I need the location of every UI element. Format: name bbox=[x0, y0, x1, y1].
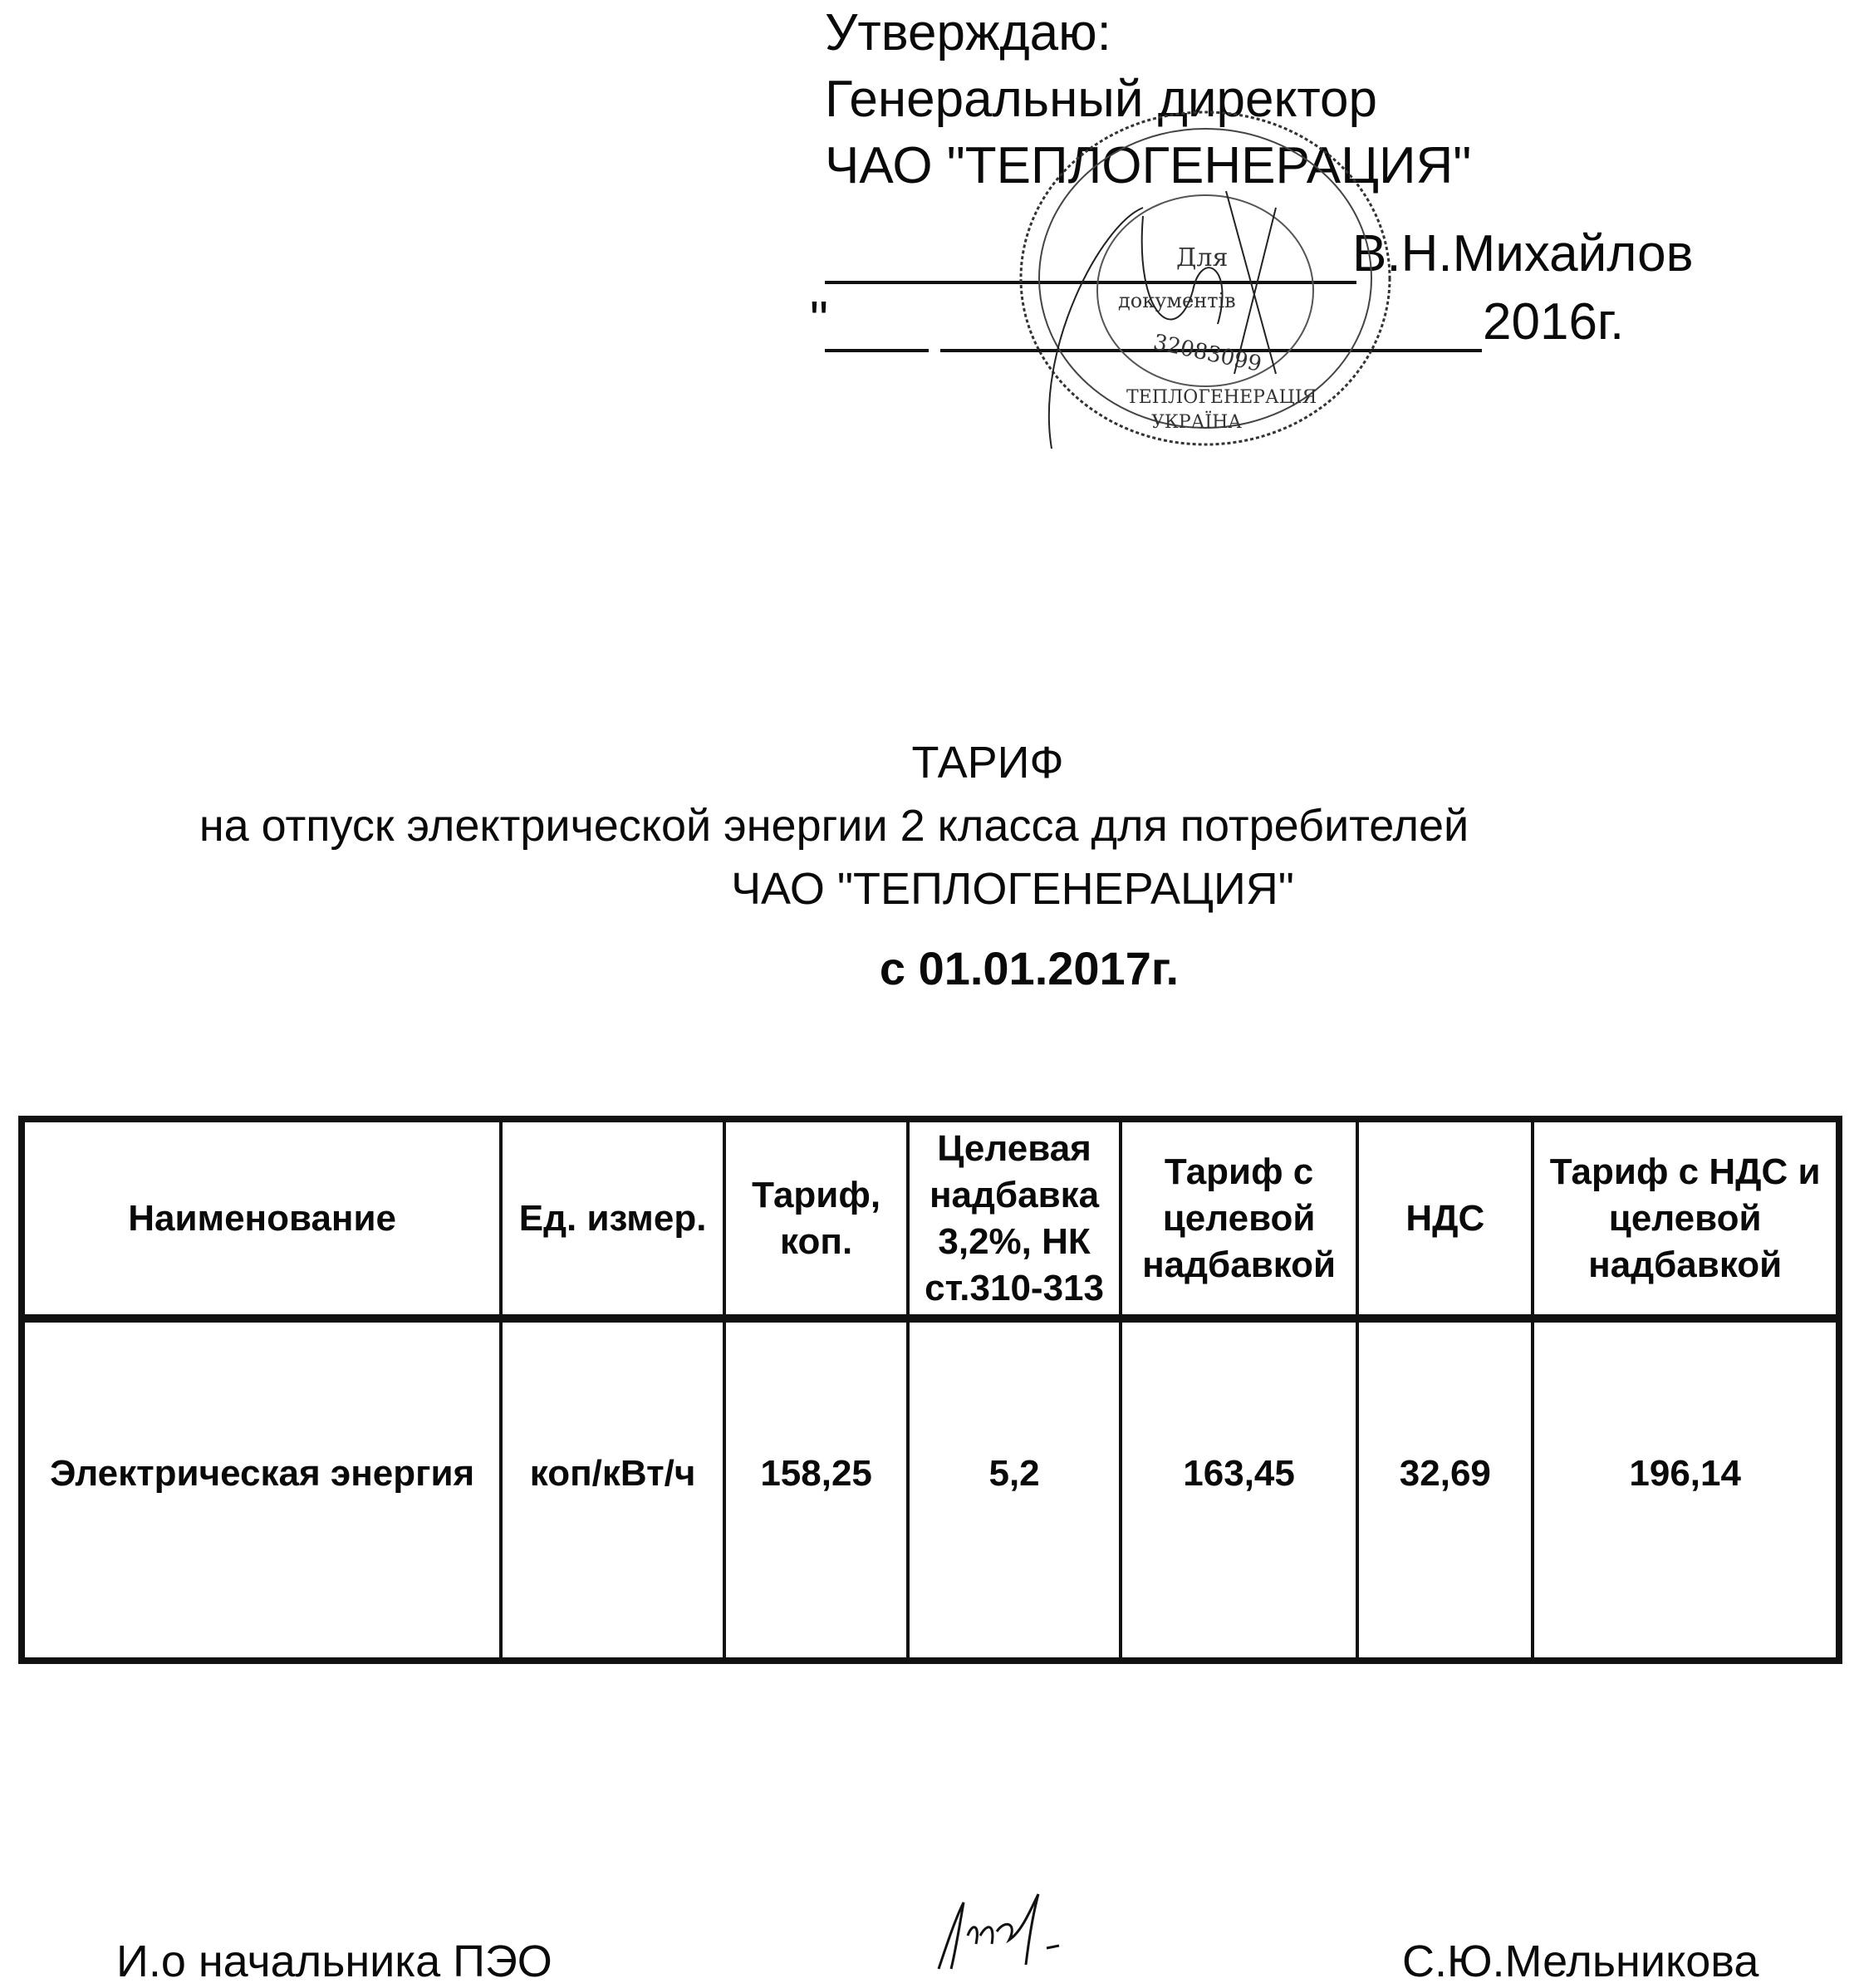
svg-text:Для: Для bbox=[1176, 243, 1228, 272]
header-vat: НДС bbox=[1357, 1119, 1533, 1318]
footer-name: С.Ю.Мельникова bbox=[1402, 1936, 1758, 1987]
approval-block: Утверждаю: Генеральный директор ЧАО "ТЕП… bbox=[825, 0, 1471, 199]
signature-line bbox=[825, 281, 1356, 284]
svg-text:ТЕПЛОГЕНЕРАЦІЯ: ТЕПЛОГЕНЕРАЦІЯ bbox=[1126, 387, 1317, 408]
cell-tariff: 158,25 bbox=[724, 1318, 908, 1661]
header-unit: Ед. измер. bbox=[501, 1119, 724, 1318]
signature-icon bbox=[922, 1886, 1171, 1977]
document-title: ТАРИФ на отпуск электрической энергии 2 … bbox=[0, 731, 1859, 1000]
cell-tariff-with-surcharge: 163,45 bbox=[1121, 1318, 1358, 1661]
header-name: Наименование bbox=[22, 1119, 501, 1318]
date-month-line bbox=[940, 349, 1482, 352]
date-day-line bbox=[825, 349, 929, 352]
title-line-3: ЧАО "ТЕПЛОГЕНЕРАЦИЯ" bbox=[166, 857, 1859, 920]
svg-text:УКРАЇНА: УКРАЇНА bbox=[1151, 410, 1242, 433]
tariff-table: Наименование Ед. измер. Тариф, коп. Целе… bbox=[18, 1116, 1842, 1664]
cell-target-surcharge: 5,2 bbox=[908, 1318, 1121, 1661]
approval-company: ЧАО "ТЕПЛОГЕНЕРАЦИЯ" bbox=[825, 133, 1471, 199]
header-target-surcharge: Целевая надбавка 3,2%, НК ст.310-313 bbox=[908, 1119, 1121, 1318]
cell-tariff-with-vat-and-surcharge: 196,14 bbox=[1533, 1318, 1839, 1661]
footer-position: И.о начальника ПЭО bbox=[116, 1936, 552, 1987]
cell-unit: коп/кВт/ч bbox=[501, 1318, 724, 1661]
header-tariff: Тариф, коп. bbox=[724, 1119, 908, 1318]
effective-date: с 01.01.2017г. bbox=[199, 937, 1859, 1000]
title-line-1: ТАРИФ bbox=[0, 731, 1859, 794]
svg-text:документів: документів bbox=[1118, 289, 1236, 312]
header-tariff-with-vat-and-surcharge: Тариф с НДС и целевой надбавкой bbox=[1533, 1119, 1839, 1318]
header-tariff-with-surcharge: Тариф с целевой надбавкой bbox=[1121, 1119, 1358, 1318]
approval-position: Генеральный директор bbox=[825, 66, 1471, 133]
table-row: Электрическая энергия коп/кВт/ч 158,25 5… bbox=[22, 1318, 1839, 1661]
approval-year: 2016г. bbox=[1483, 292, 1624, 351]
date-quote-open: " bbox=[810, 291, 828, 350]
cell-vat: 32,69 bbox=[1357, 1318, 1533, 1661]
table-header-row: Наименование Ед. измер. Тариф, коп. Целе… bbox=[22, 1119, 1839, 1318]
approval-heading: Утверждаю: bbox=[825, 0, 1471, 66]
cell-name: Электрическая энергия bbox=[22, 1318, 501, 1661]
svg-text:32083099: 32083099 bbox=[1151, 330, 1264, 377]
title-line-2: на отпуск электрической энергии 2 класса… bbox=[0, 794, 1859, 857]
approval-signatory: В.Н.Михайлов bbox=[1352, 224, 1694, 283]
